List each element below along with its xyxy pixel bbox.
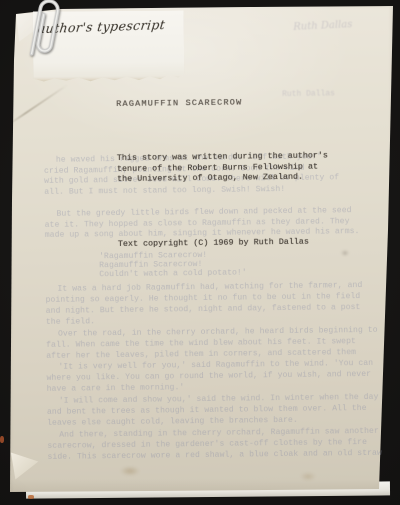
ghost-line: all. But I must not stand too long. Swis… [44, 185, 285, 197]
ghost-line: side. This scarecrow wore a red shawl, a… [47, 449, 381, 462]
ghost-line: have a care in the morning.' [47, 383, 185, 394]
ghost-line: where you like. You can go round the wor… [47, 370, 372, 383]
fellowship-note: This story was written during the author… [117, 150, 328, 185]
faint-author-annotation: Ruth Dallas [282, 89, 335, 99]
page-title: RAGAMUFFIN SCARECROW [116, 97, 242, 109]
photo-backdrop: he waved his ragged arms at the birds. '… [0, 0, 400, 505]
ghost-line: leaves else caught cold, leaving the bra… [47, 416, 298, 428]
ghost-line: the field. [46, 317, 95, 327]
ghost-line: and night. But there he stood, night and… [46, 303, 361, 316]
ghost-line: and bent the trees as though it wanted t… [47, 404, 367, 417]
ghost-line: Couldn't watch a cold potato!' [99, 268, 247, 279]
